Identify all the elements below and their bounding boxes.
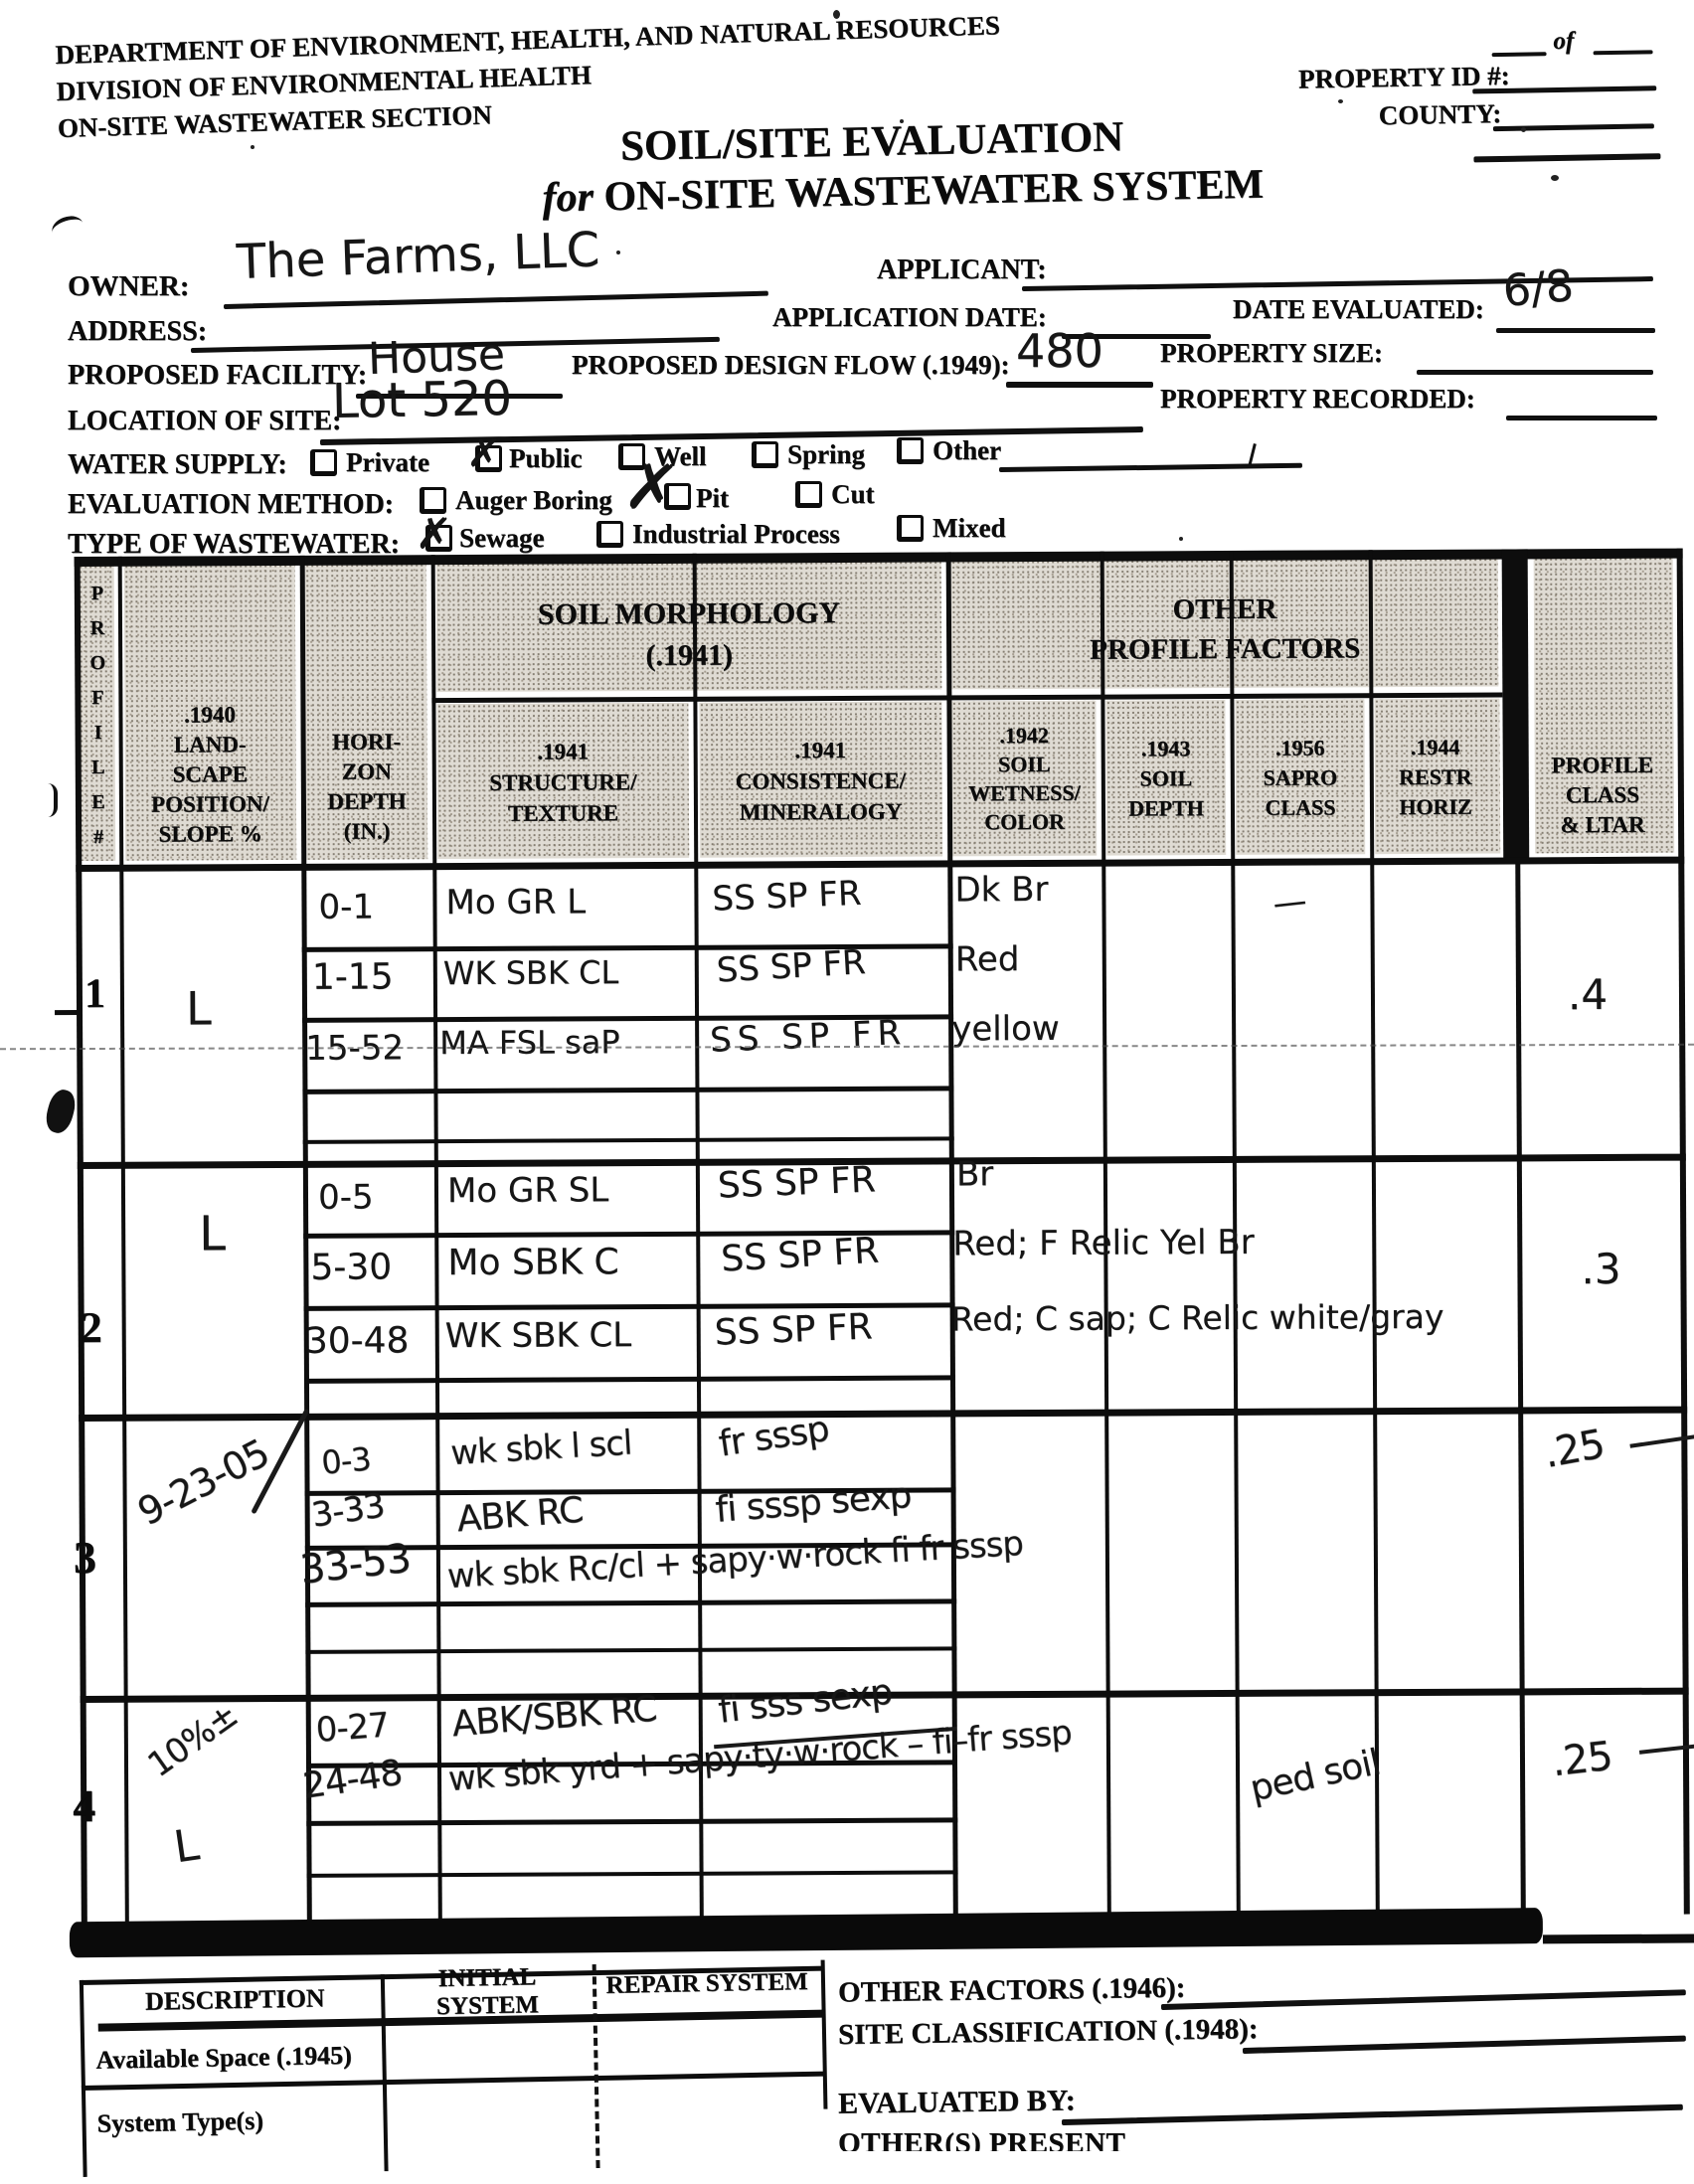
evaluated-by-label: EVALUATED BY: [838,2084,1076,2120]
others-present-label: OTHER(S) PRESENT [838,2127,1125,2151]
mini-table-header-initial-system: INITIAL SYSTEM [388,1975,588,2009]
mini-table-mid-line [82,2072,825,2091]
mini-table-header-repair-system: REPAIR SYSTEM [598,1967,816,2001]
scanned-soil-site-evaluation-form: DEPARTMENT OF ENVIRONMENT, HEALTH, AND N… [0,0,1694,2184]
mini-table-row-system-types: System Type(s) [96,2105,263,2138]
site-classification-label: SITE CLASSIFICATION (.1948): [838,2013,1259,2052]
mini-table-right-border [821,1960,828,2109]
mini-table-row-available-space: Available Space (.1945) [95,2041,352,2076]
others-present-cutoff: OTHER(S) PRESENT [838,2127,1176,2151]
bottom-description-table: DESCRIPTION INITIAL SYSTEM REPAIR SYSTEM… [0,0,1694,2184]
other-factors-label: OTHER FACTORS (.1946): [838,1972,1186,2010]
mini-table-header-description: DESCRIPTION [95,1982,375,2017]
mini-table-left-border [80,1980,87,2177]
